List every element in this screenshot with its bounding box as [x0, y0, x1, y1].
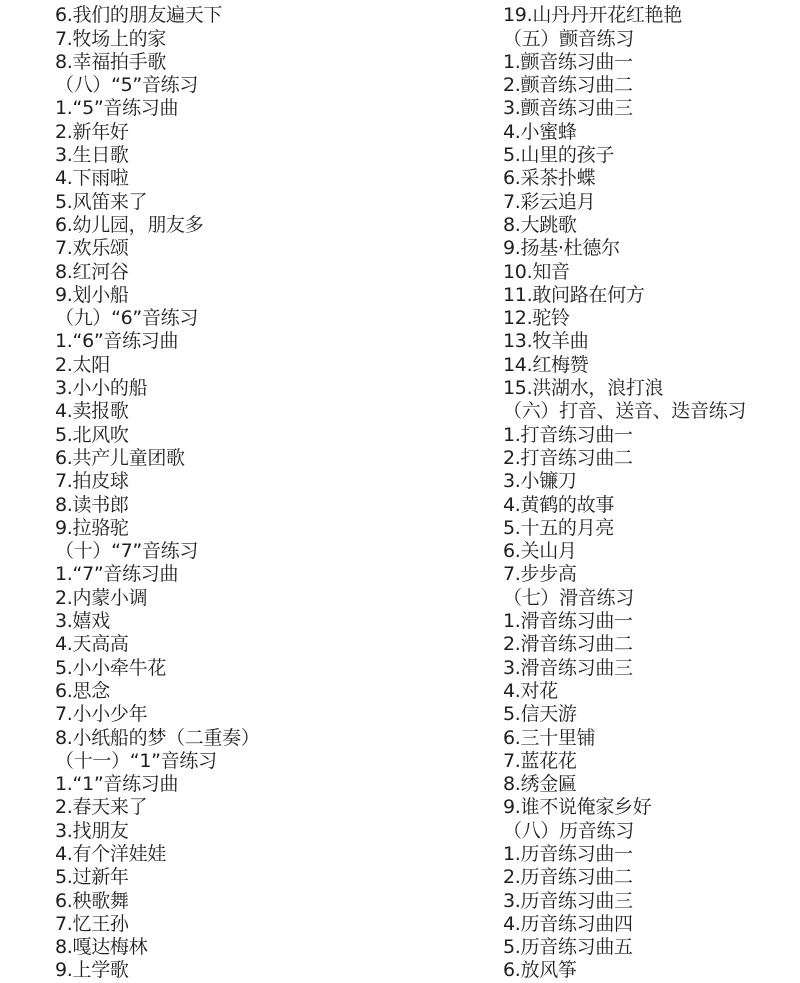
list-item: 9.划小船	[55, 284, 260, 307]
list-item: 3.小小的船	[55, 377, 260, 400]
list-item: 6.采茶扑蝶	[503, 167, 746, 190]
list-item: 2.太阳	[55, 354, 260, 377]
list-item: 9.扬基·杜德尔	[503, 237, 746, 260]
list-item: 3.找朋友	[55, 820, 260, 843]
list-item: 7.欢乐颂	[55, 237, 260, 260]
list-item: 5.十五的月亮	[503, 517, 746, 540]
list-item: 3.小镰刀	[503, 470, 746, 493]
list-item: 6.共产儿童团歌	[55, 447, 260, 470]
list-item: 6.幼儿园，朋友多	[55, 214, 260, 237]
list-item: 8.幸福拍手歌	[55, 51, 260, 74]
list-item: 9.拉骆驼	[55, 517, 260, 540]
list-item: 4.有个洋娃娃	[55, 843, 260, 866]
list-item: 1.历音练习曲一	[503, 843, 746, 866]
list-item: 5.小小牵牛花	[55, 657, 260, 680]
list-item: 14.红梅赞	[503, 354, 746, 377]
list-item: 1.滑音练习曲一	[503, 610, 746, 633]
list-item: 9.上学歌	[55, 959, 260, 982]
list-item: 15.洪湖水，浪打浪	[503, 377, 746, 400]
list-item: 4.小蜜蜂	[503, 121, 746, 144]
list-item: 1.颤音练习曲一	[503, 51, 746, 74]
list-item: 5.信天游	[503, 703, 746, 726]
list-item: 2.内蒙小调	[55, 587, 260, 610]
section-heading: （十一）“1”音练习	[55, 750, 260, 773]
list-item: 7.彩云追月	[503, 191, 746, 214]
list-item: 7.牧场上的家	[55, 28, 260, 51]
list-item: 2.春天来了	[55, 796, 260, 819]
song-list-page: 5.小朋友在春天 6.我们的朋友遍天下7.牧场上的家8.幸福拍手歌（八）“5”音…	[0, 0, 800, 983]
list-item: 7.小小少年	[55, 703, 260, 726]
list-item: 3.生日歌	[55, 144, 260, 167]
section-heading: （五）颤音练习	[503, 28, 746, 51]
section-heading: （六）打音、送音、迭音练习	[503, 400, 746, 423]
list-item: 3.历音练习曲三	[503, 890, 746, 913]
list-item: 5.北风吹	[55, 424, 260, 447]
left-column: 5.小朋友在春天 6.我们的朋友遍天下7.牧场上的家8.幸福拍手歌（八）“5”音…	[55, 0, 260, 983]
list-item: 1.“6”音练习曲	[55, 330, 260, 353]
list-item: 8.大跳歌	[503, 214, 746, 237]
list-item: 2.新年好	[55, 121, 260, 144]
section-heading: （十）“7”音练习	[55, 540, 260, 563]
list-item: 1.“7”音练习曲	[55, 563, 260, 586]
section-heading: （九）“6”音练习	[55, 307, 260, 330]
list-item: 1.“1”音练习曲	[55, 773, 260, 796]
list-item: 13.牧羊曲	[503, 330, 746, 353]
list-item: 2.滑音练习曲二	[503, 633, 746, 656]
list-item: 11.敢问路在何方	[503, 284, 746, 307]
list-item: 4.下雨啦	[55, 167, 260, 190]
list-item: 4.黄鹤的故事	[503, 494, 746, 517]
list-item: 4.历音练习曲四	[503, 913, 746, 936]
list-item: 1.“5”音练习曲	[55, 97, 260, 120]
list-item: 5.历音练习曲五	[503, 936, 746, 959]
right-column: 18.我和你 19.山丹丹开花红艳艳（五）颤音练习1.颤音练习曲一2.颤音练习曲…	[503, 0, 746, 983]
list-item: 6.思念	[55, 680, 260, 703]
list-item: 4.卖报歌	[55, 400, 260, 423]
list-item: 1.打音练习曲一	[503, 424, 746, 447]
list-item: 10.知音	[503, 261, 746, 284]
list-item: 6.放风筝	[503, 959, 746, 982]
list-item: 6.我们的朋友遍天下	[55, 4, 260, 27]
list-item: 2.打音练习曲二	[503, 447, 746, 470]
list-item: 5.风笛来了	[55, 191, 260, 214]
list-item: 8.小纸船的梦（二重奏）	[55, 727, 260, 750]
list-item: 3.滑音练习曲三	[503, 657, 746, 680]
section-heading: （七）滑音练习	[503, 587, 746, 610]
list-item: 2.颤音练习曲二	[503, 74, 746, 97]
list-item: 3.颤音练习曲三	[503, 97, 746, 120]
list-item: 19.山丹丹开花红艳艳	[503, 4, 746, 27]
section-heading: （八）历音练习	[503, 820, 746, 843]
list-item: 7.步步高	[503, 563, 746, 586]
list-item: 4.对花	[503, 680, 746, 703]
list-item: 8.读书郎	[55, 494, 260, 517]
list-item: 8.红河谷	[55, 261, 260, 284]
list-item: 6.秧歌舞	[55, 890, 260, 913]
list-item: 7.忆王孙	[55, 913, 260, 936]
list-item: 9.谁不说俺家乡好	[503, 796, 746, 819]
list-item: 8.绣金匾	[503, 773, 746, 796]
list-item: 5.过新年	[55, 866, 260, 889]
list-item: 4.天高高	[55, 633, 260, 656]
list-item: 7.蓝花花	[503, 750, 746, 773]
list-item: 8.嘎达梅林	[55, 936, 260, 959]
list-item: 6.三十里铺	[503, 727, 746, 750]
section-heading: （八）“5”音练习	[55, 74, 260, 97]
list-item: 2.历音练习曲二	[503, 866, 746, 889]
list-item: 7.拍皮球	[55, 470, 260, 493]
list-item: 6.关山月	[503, 540, 746, 563]
list-item: 3.嬉戏	[55, 610, 260, 633]
list-item: 5.山里的孩子	[503, 144, 746, 167]
list-item: 12.驼铃	[503, 307, 746, 330]
